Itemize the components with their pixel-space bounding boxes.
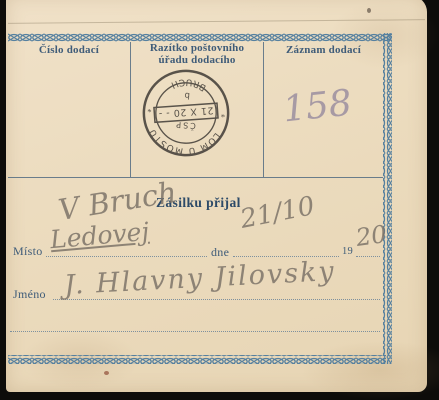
dotted-line-extra bbox=[10, 330, 380, 332]
table-divider-2 bbox=[263, 42, 264, 177]
border-top bbox=[8, 33, 392, 42]
stamp-org-label: ČSP bbox=[174, 120, 196, 132]
misto-label: Místo bbox=[13, 244, 43, 259]
dotted-line-misto bbox=[46, 255, 207, 257]
column-header-zaznam-dodaci: Záznam dodací bbox=[264, 45, 383, 57]
ink-speck bbox=[104, 371, 109, 375]
border-bottom bbox=[8, 355, 386, 364]
dotted-line-year bbox=[356, 255, 380, 257]
postmark-stamp-icon: LOM U MOSTU BRUCH * * ČSP 21 X 20 - - b bbox=[138, 65, 234, 161]
column-header-razitko-line2: úřadu dodacího bbox=[131, 55, 263, 67]
jmeno-label: Jméno bbox=[13, 287, 46, 302]
stamp-letter: b bbox=[184, 90, 190, 100]
ink-speck bbox=[367, 8, 371, 13]
year-prefix: 19 bbox=[342, 246, 353, 257]
border-right bbox=[383, 33, 392, 364]
handwritten-year: 20 bbox=[354, 220, 388, 252]
stamp-star-left: * bbox=[221, 110, 226, 120]
stamp-star-right: * bbox=[147, 104, 152, 114]
column-header-razitko-line1: Razítko poštovního bbox=[131, 43, 263, 55]
column-header-razitko: Razítko poštovního úřadu dodacího bbox=[131, 43, 263, 66]
dne-label: dne bbox=[211, 245, 229, 260]
scanned-postal-card: Číslo dodací Razítko poštovního úřadu do… bbox=[0, 0, 439, 400]
table-bottom-rule bbox=[8, 177, 383, 178]
handwritten-delivery-number: 158 bbox=[281, 83, 354, 131]
column-header-cislo-dodaci: Číslo dodací bbox=[8, 45, 130, 57]
